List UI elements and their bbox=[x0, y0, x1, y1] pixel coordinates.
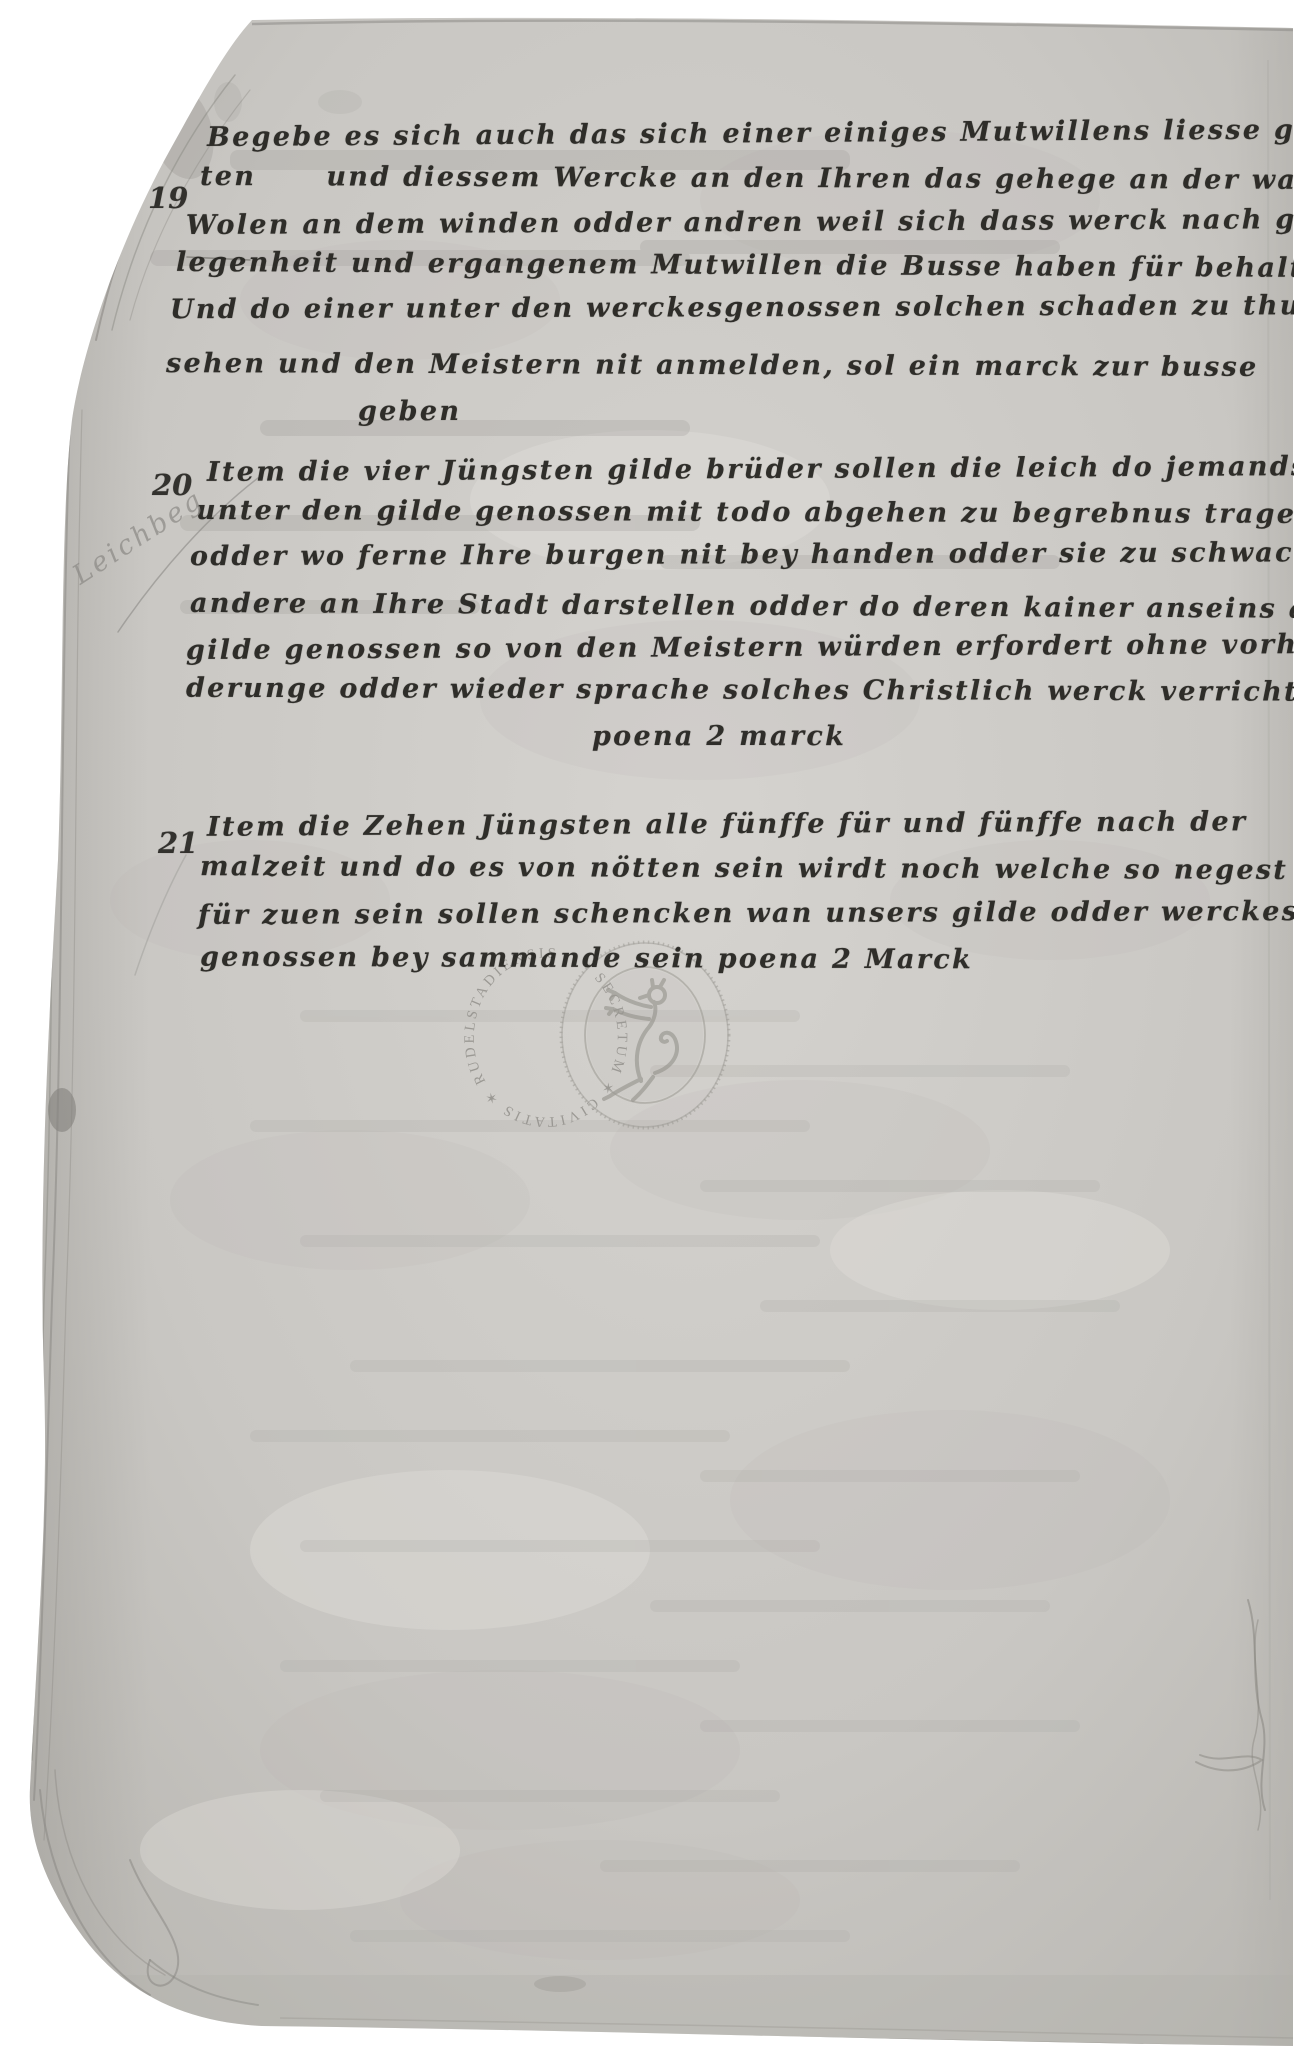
manuscript-line: unter den gilde genossen mit todo abgehe… bbox=[196, 496, 1294, 530]
manuscript-line: sehen und den Meistern nit anmelden, sol… bbox=[166, 349, 1259, 383]
manuscript-line: Item die Zehen Jüngsten alle fünffe für … bbox=[207, 807, 1248, 842]
manuscript-penalty-line: poena 2 marck bbox=[592, 722, 846, 752]
manuscript-line: legenheit und ergangenem Mutwillen die B… bbox=[176, 248, 1294, 284]
margin-note-pencil: Leichbeg bbox=[67, 484, 209, 591]
manuscript-line: Begebe es sich auch das sich einer einig… bbox=[207, 115, 1294, 153]
manuscript-line: Und do einer unter den werckesgenossen s… bbox=[170, 291, 1294, 325]
manuscript-line: odder wo ferne Ihre burgen nit bey hande… bbox=[190, 538, 1294, 572]
manuscript-line: für zuen sein sollen schencken wan unser… bbox=[198, 897, 1294, 931]
manuscript-line: ten und diessem Wercke an den Ihren das … bbox=[200, 162, 1294, 196]
manuscript-line: geben bbox=[358, 397, 461, 427]
manuscript-line: malzeit und do es von nötten sein wirdt … bbox=[200, 852, 1288, 885]
handwriting-layer: 19 Begebe es sich auch das sich einer ei… bbox=[0, 0, 1294, 2057]
manuscript-line: derunge odder wieder sprache solches Chr… bbox=[186, 674, 1294, 708]
manuscript-line: Item die vier Jüngsten gilde brüder soll… bbox=[207, 452, 1294, 487]
section-number-21: 21 bbox=[158, 826, 198, 860]
manuscript-line: genossen bey sammande sein poena 2 Marck bbox=[200, 943, 973, 975]
manuscript-line: gilde genossen so von den Meistern würde… bbox=[186, 630, 1294, 666]
section-number-19: 19 bbox=[148, 181, 188, 215]
manuscript-scan: SECRETUM ✶ CIVITATIS ✶ RUDELSTADIENSIS bbox=[0, 0, 1294, 2057]
manuscript-line: Wolen an dem winden odder andren weil si… bbox=[186, 205, 1294, 241]
manuscript-line: andere an Ihre Stadt darstellen odder do… bbox=[190, 589, 1294, 625]
